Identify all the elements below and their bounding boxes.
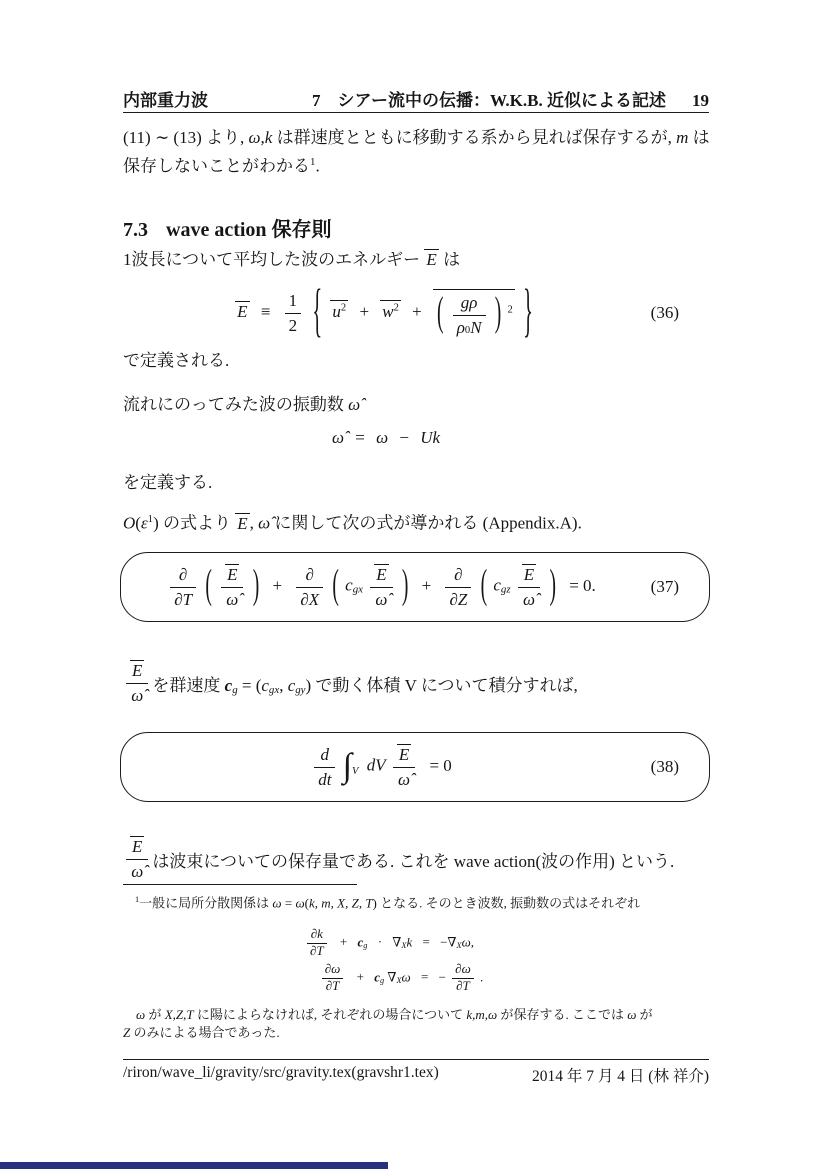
section-heading: 7.3wave action 保存則: [123, 213, 332, 242]
minus-operator: −: [439, 969, 446, 984]
equals-operator: =: [355, 428, 365, 447]
paragraph-frequency: 流れにのってみた波の振動数 ω̂: [123, 393, 360, 417]
plus-operator: +: [422, 576, 432, 595]
footnote-equation-2: ∂ω∂T + cg ∇Xω = − ∂ω∂T .: [123, 962, 709, 994]
w-squared-mean: w2: [380, 300, 401, 321]
left-paren: (: [205, 564, 212, 610]
paragraph-defined: で定義される.: [123, 349, 229, 373]
page-footer: /riron/wave_li/gravity/src/gravity.tex(g…: [123, 1064, 709, 1086]
equiv-operator: ≡: [261, 302, 271, 321]
plus-operator: +: [359, 302, 369, 321]
left-paren: (: [332, 564, 339, 610]
right-paren: ): [495, 293, 502, 336]
footnote-equation-1: ∂k∂T + cg · ∇Xk = −∇Xω,: [123, 927, 709, 959]
plus-operator: +: [412, 302, 422, 321]
omega-hat-symbol: ω̂: [332, 428, 344, 447]
header-rule: [123, 112, 709, 113]
fraction-one-half: 12: [285, 291, 302, 335]
buoyancy-term-mean: ( gρ ρ0N ) 2: [433, 289, 515, 337]
dot-operator: ·: [378, 934, 382, 949]
minus-operator: −: [399, 428, 409, 447]
right-paren: ): [402, 564, 409, 610]
equation-number-37: (37): [651, 577, 679, 597]
minus-nabla: −∇: [440, 934, 456, 949]
paragraph-order: O(ε1) の式より E, ω̂ に関して次の式が導かれる (Appendix.…: [123, 507, 723, 536]
equation-37-formula: ∂∂T ( Eω̂ ) + ∂∂X ( cgx Eω̂ ) + ∂∂Z ( cg…: [167, 564, 603, 609]
paragraph-wave-action-text: は波束についての保存量である. これを wave action(波の作用) とい…: [152, 847, 674, 872]
equation-omega-hat: ω̂ = ω − Uk: [123, 424, 709, 452]
header-page-number: 19: [692, 91, 709, 111]
equation-number-36: (36): [651, 303, 679, 323]
g-rho-fraction: gρ ρ0N: [453, 293, 486, 337]
document-page: 内部重力波 7 シアー流中の伝播：W.K.B. 近似による記述 19 (11) …: [0, 0, 826, 1169]
equation-38-box: ddt ∫V dV Eω̂ = 0 (38): [120, 732, 710, 802]
nabla-symbol: ∇: [392, 934, 401, 949]
equation-38-formula: ddt ∫V dV Eω̂ = 0: [311, 744, 459, 789]
right-brace: }: [523, 280, 533, 347]
footer-rule: [123, 1059, 709, 1060]
paragraph-group-velocity-text: を群速度 cg = (cgx, cgy) で動く体積 V について積分すれば,: [152, 671, 577, 696]
footnote-rule: [123, 884, 357, 885]
section-title: wave action 保存則: [166, 219, 332, 241]
right-paren: ): [253, 564, 260, 610]
left-brace: {: [312, 280, 322, 347]
E-over-omega-fraction: Eω̂: [126, 660, 148, 705]
u-squared-mean: u2: [330, 300, 348, 321]
equals-zero: = 0.: [569, 576, 596, 595]
paragraph-wave-action: Eω̂ は波束についての保存量である. これを wave action(波の作用…: [123, 836, 723, 882]
section-number: 7.3: [123, 219, 148, 241]
footnote-text-2: ω が X,Z,T に陽によらなければ, それぞれの場合について k,m,ω が…: [123, 1006, 709, 1042]
left-paren: (: [481, 564, 488, 610]
left-paren: (: [437, 293, 444, 336]
footnote-text-1: 1一般に局所分散関係は ω = ω(k, m, X, Z, T) となる. その…: [135, 891, 715, 912]
paragraph-intro: (11) ∼ (13) より, ω,k は群速度とともに移動する系から見れば保存…: [123, 126, 723, 179]
paragraph-energy: 1波長について平均した波のエネルギー E は: [123, 248, 723, 272]
equation-37-box: ∂∂T ( Eω̂ ) + ∂∂X ( cgx Eω̂ ) + ∂∂Z ( cg…: [120, 552, 710, 622]
Uk-term: Uk: [420, 428, 440, 447]
integral-sign: ∫: [343, 748, 352, 785]
footer-file-path: /riron/wave_li/gravity/src/gravity.tex(g…: [123, 1064, 439, 1086]
right-paren: ): [549, 564, 556, 610]
header-section-title: 7 シアー流中の伝播：W.K.B. 近似による記述: [208, 86, 666, 111]
page-header: 内部重力波 7 シアー流中の伝播：W.K.B. 近似による記述 19: [123, 86, 709, 111]
paragraph-group-velocity: Eω̂ を群速度 cg = (cgx, cgy) で動く体積 V について積分す…: [123, 660, 723, 706]
bottom-accent-bar: [0, 1162, 388, 1169]
E-over-omega-fraction: Eω̂: [126, 836, 148, 881]
header-doc-title: 内部重力波: [123, 86, 208, 111]
equals-zero: = 0: [429, 756, 451, 775]
omega-symbol: ω: [376, 428, 388, 447]
E-bar-symbol: E: [235, 301, 249, 321]
equation-36: E ≡ 12 { u2 + w2 + ( gρ ρ0N ) 2 } (36): [123, 283, 709, 343]
equation-36-formula: E ≡ 12 { u2 + w2 + ( gρ ρ0N ) 2 }: [235, 289, 537, 337]
footer-date-author: 2014 年 7 月 4 日 (林 祥介): [532, 1064, 709, 1086]
plus-operator: +: [272, 576, 282, 595]
equation-number-38: (38): [651, 757, 679, 777]
paragraph-define: を定義する.: [123, 471, 212, 495]
